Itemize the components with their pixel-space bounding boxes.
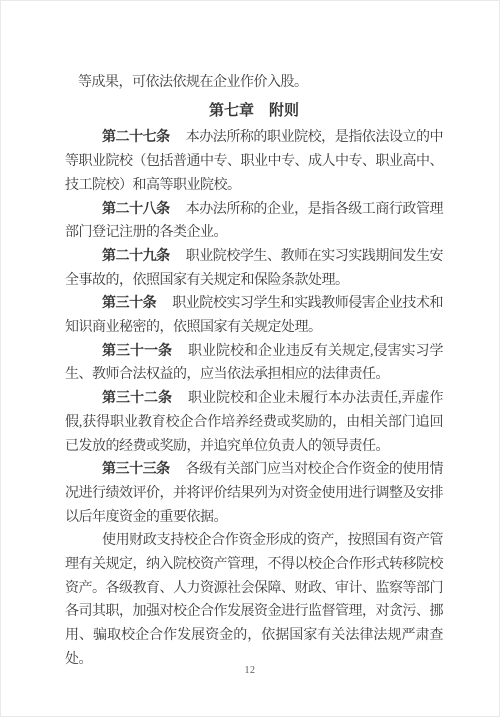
article-number-label: 第二十八条 bbox=[102, 202, 170, 217]
article-number-label: 第三十二条 bbox=[102, 391, 172, 406]
paragraph-continuation: 等成果，可依法依规在企业作价入股。 bbox=[65, 71, 443, 95]
closing-paragraph: 使用财政支持校企合作资金形成的资产，按照国有资产管理有关规定，纳入院校资产管理，… bbox=[65, 529, 443, 671]
article-paragraph: 第三十条职业院校实习学生和实践教师侵害企业技术和知识商业秘密的，依照国家有关规定… bbox=[65, 292, 443, 339]
article-number-label: 第三十条 bbox=[102, 296, 156, 311]
article-paragraph: 第三十三条各级有关部门应当对校企合作资金的使用情况进行绩效评价，并将评价结果列为… bbox=[65, 458, 443, 529]
chapter-heading: 第七章 附则 bbox=[65, 100, 443, 124]
document-page: 等成果，可依法依规在企业作价入股。 第七章 附则 第二十七条本办法所称的职业院校… bbox=[0, 0, 500, 717]
article-paragraph: 第二十七条本办法所称的职业院校，是指依法设立的中等职业院校（包括普通中专、职业中… bbox=[65, 126, 443, 197]
article-paragraph: 第三十一条职业院校和企业违反有关规定,侵害实习学生、教师合法权益的，应当依法承担… bbox=[65, 340, 443, 387]
text-block: 等成果，可依法依规在企业作价入股。 第七章 附则 第二十七条本办法所称的职业院校… bbox=[65, 71, 443, 672]
article-number-label: 第三十三条 bbox=[102, 462, 170, 477]
article-paragraph: 第二十八条本办法所称的企业，是指各级工商行政管理部门登记注册的各类企业。 bbox=[65, 198, 443, 245]
article-paragraph: 第三十二条职业院校和企业未履行本办法责任,弄虚作假,获得职业教育校企合作培养经费… bbox=[65, 387, 443, 458]
article-number-label: 第二十七条 bbox=[102, 130, 170, 145]
article-paragraph: 第二十九条职业院校学生、教师在实习实践期间发生安全事故的，依照国家有关规定和保险… bbox=[65, 245, 443, 292]
article-number-label: 第三十一条 bbox=[102, 344, 172, 359]
article-number-label: 第二十九条 bbox=[102, 249, 170, 264]
page-number: 12 bbox=[1, 665, 499, 676]
